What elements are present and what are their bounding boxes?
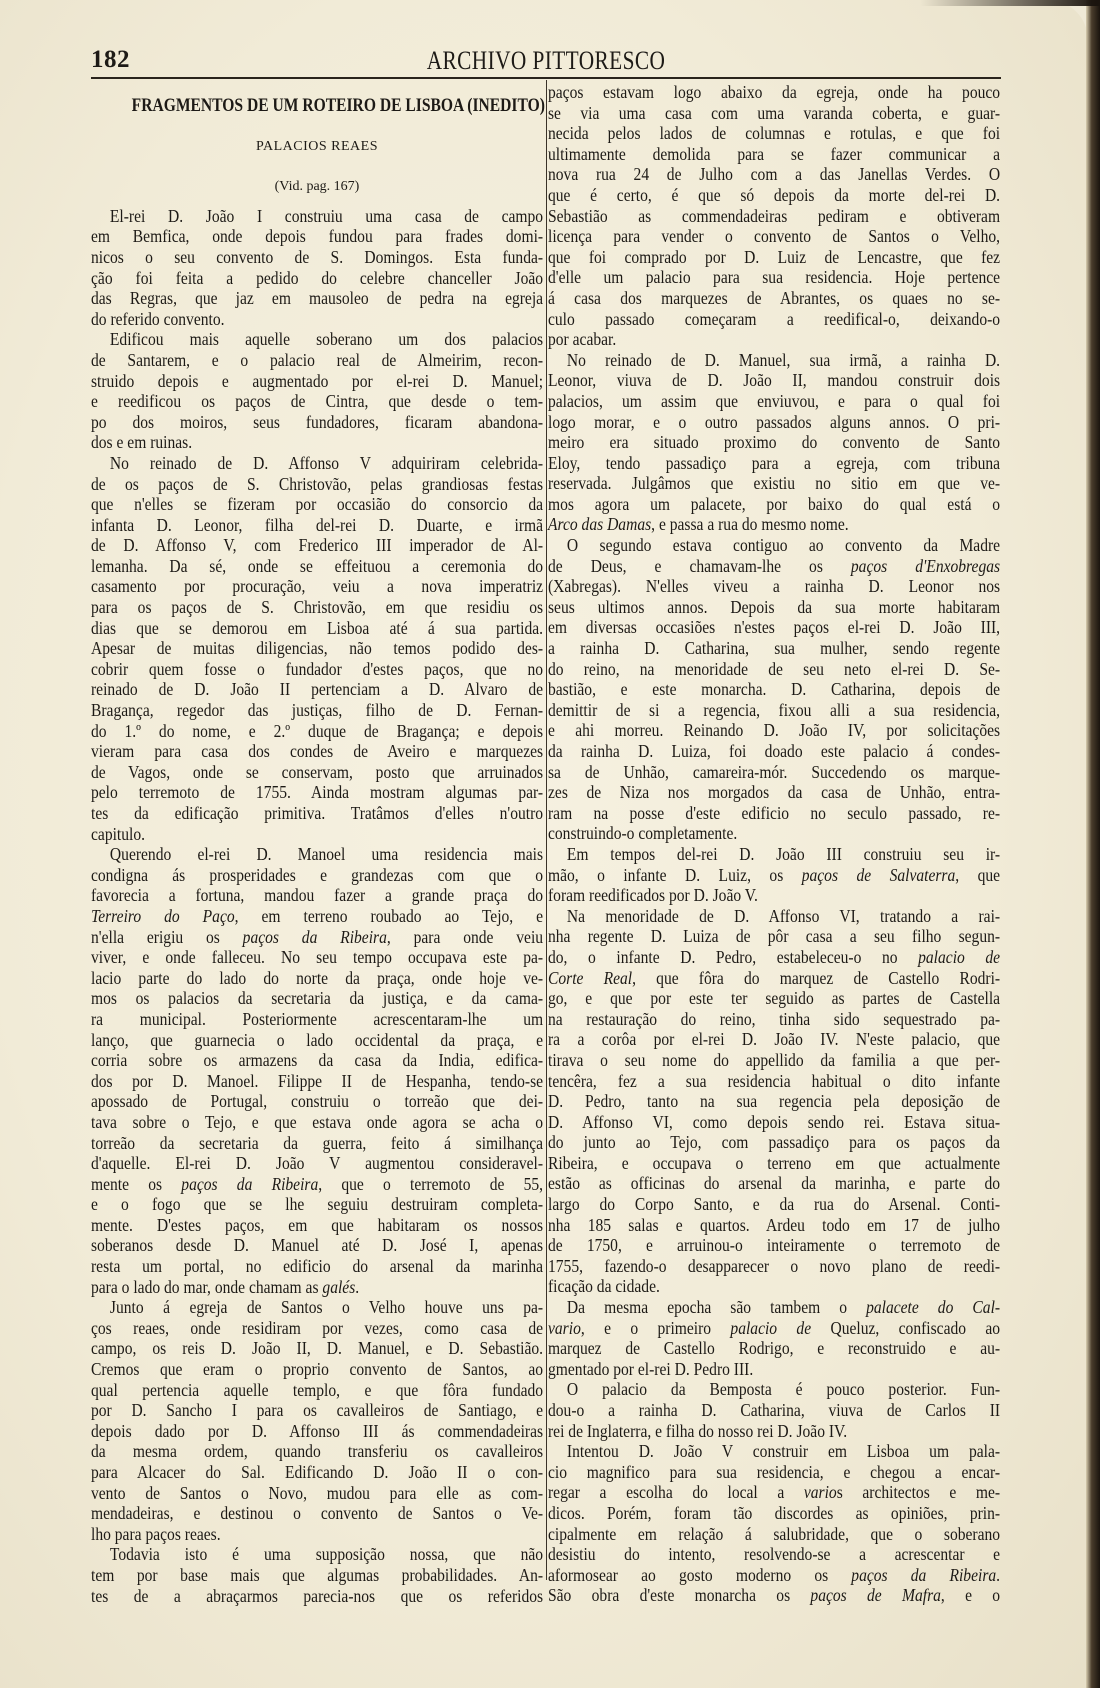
text-line: O palacio da Bemposta é pouco posterior.… bbox=[548, 1379, 1000, 1400]
text-line: São obra d'este monarcha os paços de Maf… bbox=[548, 1585, 1000, 1606]
header-rule bbox=[91, 77, 1001, 79]
text-line: nha 185 salas e quartos. Ardeu todo em 1… bbox=[548, 1215, 1000, 1236]
text-line: nha regente D. Luiza de pôr casa a seu f… bbox=[548, 926, 1000, 947]
text-line: do junto ao Tejo, com passadiço para os … bbox=[548, 1132, 1000, 1153]
text-line: na restauração do reino, tinha sido sequ… bbox=[548, 1009, 1000, 1030]
text-line: mendadeiras, e destinou o convento de Sa… bbox=[91, 1503, 543, 1524]
text-line: struido depois e augmentado por el-rei D… bbox=[91, 371, 543, 392]
paragraph: Intentou D. João V construir em Lisboa u… bbox=[548, 1441, 1000, 1606]
text-line: licença para vender o convento de Santos… bbox=[548, 226, 1000, 247]
text-line: paços estavam logo abaixo da egreja, ond… bbox=[548, 82, 1000, 103]
text-line: tes da edificação primitiva. Tratâmos d'… bbox=[91, 803, 543, 824]
text-line: ficação da cidade. bbox=[548, 1276, 1000, 1297]
text-line: nicos o seu convento de S. Domingos. Est… bbox=[91, 247, 543, 268]
text-line: cipalmente em relação á salubridade, que… bbox=[548, 1524, 1000, 1545]
paragraph: No reinado de D. Manuel, sua irmã, a rai… bbox=[548, 350, 1000, 535]
text-line: á casa dos marquezes de Abrantes, os qua… bbox=[548, 288, 1000, 309]
paragraph: O palacio da Bemposta é pouco posterior.… bbox=[548, 1379, 1000, 1441]
text-line: Arco das Damas, e passa a rua do mesmo n… bbox=[548, 514, 1000, 535]
text-line: do, o infante D. Pedro, estabeleceu-o no… bbox=[548, 947, 1000, 968]
text-line: a rainha D. Catharina, sua mulher, sendo… bbox=[548, 638, 1000, 659]
text-line: No reinado de D. Affonso V adquiriram ce… bbox=[91, 453, 543, 474]
text-line: que foi comprado por D. Luiz de Lencastr… bbox=[548, 247, 1000, 268]
text-line: Junto á egreja de Santos o Velho houve u… bbox=[91, 1297, 543, 1318]
text-line: estão as officinas do arsenal da marinha… bbox=[548, 1173, 1000, 1194]
text-line: desistiu do intento, resolvendo-se a acr… bbox=[548, 1544, 1000, 1565]
paragraph: El-rei D. João I construiu uma casa de c… bbox=[91, 206, 543, 330]
paragraph: Em tempos del-rei D. João III construiu … bbox=[548, 844, 1000, 906]
page-corner-shadow bbox=[920, 0, 1100, 6]
text-line: gmentado por el-rei D. Pedro III. bbox=[548, 1359, 1000, 1380]
text-line: largo do Corpo Santo, e da rua do Arsena… bbox=[548, 1194, 1000, 1215]
text-line: qual pertencia aquelle templo, e que fôr… bbox=[91, 1380, 543, 1401]
text-line: dias que se demorou em Lisboa até á sua … bbox=[91, 618, 543, 639]
text-line: tencêra, fez a sua residencia habitual o… bbox=[548, 1071, 1000, 1092]
text-line: El-rei D. João I construiu uma casa de c… bbox=[91, 206, 543, 227]
text-line: Em tempos del-rei D. João III construiu … bbox=[548, 844, 1000, 865]
text-line: po dos moiros, seus fundadores, ficaram … bbox=[91, 412, 543, 433]
text-line: dou-o a rainha D. Catharina, viuva de Ca… bbox=[548, 1400, 1000, 1421]
paragraph: Edificou mais aquelle soberano um dos pa… bbox=[91, 329, 543, 453]
text-line: do referido convento. bbox=[91, 309, 543, 330]
text-line: meiro era situado proximo do convento de… bbox=[548, 432, 1000, 453]
text-line: ção foi feita a pedido do celebre chance… bbox=[91, 268, 543, 289]
column-divider bbox=[546, 80, 547, 1580]
text-line: que n'elles se fizeram por occasião do c… bbox=[91, 494, 543, 515]
text-line: lanço, que guarnecia o lado occidental d… bbox=[91, 1030, 543, 1051]
text-line: regar a escolha do local a varios archit… bbox=[548, 1482, 1000, 1503]
paragraph: Todavia isto é uma supposição nossa, que… bbox=[91, 1544, 543, 1606]
text-line: (Xabregas). N'elles viveu a rainha D. Le… bbox=[548, 576, 1000, 597]
text-line: infanta D. Leonor, filha del-rei D. Duar… bbox=[91, 515, 543, 536]
text-line: mos agora um palacete, por baixo do qual… bbox=[548, 494, 1000, 515]
text-line: go, e que por este ter seguido as partes… bbox=[548, 988, 1000, 1009]
text-line: de Deus, e chamavam-lhe os paços d'Enxob… bbox=[548, 556, 1000, 577]
text-line: corria sobre os armazens da casa da Indi… bbox=[91, 1050, 543, 1071]
text-line: sa de Unhão, camareira-mór. Succedendo o… bbox=[548, 762, 1000, 783]
text-line: de Vagos, onde se conservam, posto que a… bbox=[91, 762, 543, 783]
text-line: bastião, e este monarcha. D. Catharina, … bbox=[548, 679, 1000, 700]
text-line: vario, e o primeiro palacio de Queluz, c… bbox=[548, 1318, 1000, 1339]
text-line: O segundo estava contiguo ao convento da… bbox=[548, 535, 1000, 556]
text-line: Leonor, viuva de D. João II, mandou cons… bbox=[548, 370, 1000, 391]
text-line: zes de Niza nos morgados da casa de Unhã… bbox=[548, 782, 1000, 803]
text-line: e reedificou os paços de Cintra, que des… bbox=[91, 391, 543, 412]
text-line: Cremos que eram o proprio convento de Sa… bbox=[91, 1359, 543, 1380]
text-line: No reinado de D. Manuel, sua irmã, a rai… bbox=[548, 350, 1000, 371]
text-line: campo, os reis D. João II, D. Manuel, e … bbox=[91, 1338, 543, 1359]
text-line: nova rua 24 de Julho com a das Janellas … bbox=[548, 164, 1000, 185]
text-line: e ahi morreu. Reinando D. João IV, por s… bbox=[548, 720, 1000, 741]
text-line: por acabar. bbox=[548, 329, 1000, 350]
text-line: tirava o seu nome do appellido da famili… bbox=[548, 1050, 1000, 1071]
text-line: ços reaes, onde residiram por vezes, com… bbox=[91, 1318, 543, 1339]
text-line: pelo terremoto de 1755. Ainda mostram al… bbox=[91, 782, 543, 803]
text-line: da rainha D. Luiza, foi doado este palac… bbox=[548, 741, 1000, 762]
text-line: ra a corôa por el-rei D. João IV. N'este… bbox=[548, 1029, 1000, 1050]
paragraph: paços estavam logo abaixo da egreja, ond… bbox=[548, 82, 1000, 350]
text-line: apossado de Portugal, construiu o torreã… bbox=[91, 1091, 543, 1112]
paragraph: O segundo estava contiguo ao convento da… bbox=[548, 535, 1000, 844]
text-line: das Regras, que jaz em mausoleo de pedra… bbox=[91, 288, 543, 309]
text-line: soberanos desde D. Manuel até D. José I,… bbox=[91, 1235, 543, 1256]
text-line: condigna ás prosperidades e grandezas co… bbox=[91, 865, 543, 886]
text-line: ram na posse d'este edificio no seculo p… bbox=[548, 803, 1000, 824]
text-line: do 1.º do nome, e 2.º duque de Bragança;… bbox=[91, 721, 543, 742]
text-line: d'aquelle. El-rei D. João V augmentou co… bbox=[91, 1153, 543, 1174]
text-line: cio magnifico para sua residencia, e che… bbox=[548, 1462, 1000, 1483]
text-line: dos e em ruinas. bbox=[91, 432, 543, 453]
text-line: palacios, um assim que enviuvou, e para … bbox=[548, 391, 1000, 412]
text-line: que é certo, é que só depois da morte de… bbox=[548, 185, 1000, 206]
text-line: construindo-o completamente. bbox=[548, 823, 1000, 844]
left-column: FRAGMENTOS DE UM ROTEIRO DE LISBOA (INED… bbox=[91, 82, 543, 1606]
text-line: Terreiro do Paço, em terreno roubado ao … bbox=[91, 906, 543, 927]
text-line: lemanha. Da sé, onde se effeituou a cere… bbox=[91, 556, 543, 577]
text-line: e o fogo que se lhe seguiu destruiram co… bbox=[91, 1194, 543, 1215]
text-line: da mesma ordem, quando transferiu os cav… bbox=[91, 1441, 543, 1462]
text-line: Eloy, tendo passadiço para a egreja, com… bbox=[548, 453, 1000, 474]
text-line: Bragança, regedor das justiças, filho de… bbox=[91, 700, 543, 721]
text-line: lacio parte do lado do norte da praça, o… bbox=[91, 968, 543, 989]
text-line: mente. D'estes paços, em que habitaram o… bbox=[91, 1215, 543, 1236]
page-reference: (Vid. pag. 167) bbox=[91, 177, 543, 198]
text-line: cobrir quem fosse o fundador d'estes paç… bbox=[91, 659, 543, 680]
text-line: em diversas occasiões n'estes paços el-r… bbox=[548, 617, 1000, 638]
text-line: por D. Sancho I para os cavalleiros de S… bbox=[91, 1400, 543, 1421]
text-line: D. Affonso VI, como depois sendo rei. Es… bbox=[548, 1112, 1000, 1133]
text-line: mão, o infante D. Luiz, os paços de Salv… bbox=[548, 865, 1000, 886]
text-line: D. Pedro, tanto na sua regencia pela dep… bbox=[548, 1091, 1000, 1112]
page-edge-shadow bbox=[1086, 0, 1100, 1688]
paragraph: Na menoridade de D. Affonso VI, tratando… bbox=[548, 906, 1000, 1297]
text-line: reservada. Julgâmos que existiu no sitio… bbox=[548, 473, 1000, 494]
article-title: FRAGMENTOS DE UM ROTEIRO DE LISBOA (INED… bbox=[132, 96, 503, 117]
paragraph: Da mesma epocha são tambem o palacete do… bbox=[548, 1297, 1000, 1379]
text-line: logo morar, e o outro passados alguns an… bbox=[548, 412, 1000, 433]
text-line: torreão da secretaria da guerra, feito á… bbox=[91, 1133, 543, 1154]
text-line: Corte Real, que fôra do marquez de Caste… bbox=[548, 968, 1000, 989]
text-line: Ribeira, e occupava o terreno em que act… bbox=[548, 1153, 1000, 1174]
page-number: 182 bbox=[91, 46, 130, 74]
text-line: d'elle um palacio para sua residencia. H… bbox=[548, 267, 1000, 288]
text-line: seus ultimos annos. Depois da sua morte … bbox=[548, 597, 1000, 618]
text-line: resta um portal, no edificio do arsenal … bbox=[91, 1256, 543, 1277]
text-line: aformosear ao gosto moderno os paços da … bbox=[548, 1565, 1000, 1586]
text-line: para os paços de S. Christovão, em que r… bbox=[91, 597, 543, 618]
text-line: Intentou D. João V construir em Lisboa u… bbox=[548, 1441, 1000, 1462]
text-line: mente os paços da Ribeira, que o terremo… bbox=[91, 1174, 543, 1195]
text-line: de os paços de S. Christovão, pelas gran… bbox=[91, 474, 543, 495]
text-line: vieram para casa dos condes de Aveiro e … bbox=[91, 741, 543, 762]
paragraph: Junto á egreja de Santos o Velho houve u… bbox=[91, 1297, 543, 1544]
page-header: 182 ARCHIVO PITTORESCO bbox=[91, 46, 1001, 78]
scanned-page: 182 ARCHIVO PITTORESCO FRAGMENTOS DE UM … bbox=[0, 0, 1088, 1688]
text-line: de 1750, e arruinou-o inteiramente o ter… bbox=[548, 1235, 1000, 1256]
text-line: tem por base mais que algumas probabilid… bbox=[91, 1565, 543, 1586]
text-line: demittir de si a regencia, fixou alli a … bbox=[548, 700, 1000, 721]
text-line: favorecia a fortuna, mandou fazer a gran… bbox=[91, 885, 543, 906]
text-line: ultimamente demolida para se fazer commu… bbox=[548, 144, 1000, 165]
text-line: Querendo el-rei D. Manoel uma residencia… bbox=[91, 844, 543, 865]
text-line: depois dado por D. Affonso III ás commen… bbox=[91, 1421, 543, 1442]
right-column: paços estavam logo abaixo da egreja, ond… bbox=[548, 82, 1000, 1606]
text-line: se via uma casa com uma varanda coberta,… bbox=[548, 103, 1000, 124]
text-line: para o lado do mar, onde chamam as galés… bbox=[91, 1277, 543, 1298]
text-line: do reino, na menoridade de seu neto el-r… bbox=[548, 659, 1000, 680]
text-line: Na menoridade de D. Affonso VI, tratando… bbox=[548, 906, 1000, 927]
text-line: Todavia isto é uma supposição nossa, que… bbox=[91, 1544, 543, 1565]
text-line: em Bemfica, onde depois fundou para frad… bbox=[91, 226, 543, 247]
text-line: rei de Inglaterra, e filha do nosso rei … bbox=[548, 1421, 1000, 1442]
text-line: foram reedificados por D. João V. bbox=[548, 885, 1000, 906]
text-line: reinado de D. João II pertenciam a D. Al… bbox=[91, 679, 543, 700]
text-line: lho para paços reaes. bbox=[91, 1524, 543, 1545]
text-line: n'ella erigiu os paços da Ribeira, para … bbox=[91, 927, 543, 948]
text-line: de Santarem, e o palacio real de Almeiri… bbox=[91, 350, 543, 371]
text-line: culo passado começaram a reedifical-o, d… bbox=[548, 309, 1000, 330]
text-line: vento de Santos o Novo, mudou para elle … bbox=[91, 1483, 543, 1504]
text-line: viver, e onde falleceu. No seu tempo occ… bbox=[91, 947, 543, 968]
text-line: mos os palacios da secretaria da justiça… bbox=[91, 988, 543, 1009]
text-line: Da mesma epocha são tambem o palacete do… bbox=[548, 1297, 1000, 1318]
text-line: necida pelos lados de columnas e rotulas… bbox=[548, 123, 1000, 144]
text-line: marquez de Castello Rodrigo, e reconstru… bbox=[548, 1338, 1000, 1359]
text-line: capitulo. bbox=[91, 824, 543, 845]
text-line: Edificou mais aquelle soberano um dos pa… bbox=[91, 329, 543, 350]
text-line: Apesar de muitas diligencias, não temos … bbox=[91, 638, 543, 659]
text-line: dos por D. Manoel. Filippe II de Hespanh… bbox=[91, 1071, 543, 1092]
text-line: para Alcacer do Sal. Edificando D. João … bbox=[91, 1462, 543, 1483]
text-line: ra municipal. Posteriormente acrescentar… bbox=[91, 1009, 543, 1030]
running-title: ARCHIVO PITTORESCO bbox=[173, 46, 919, 76]
text-line: tava sobre o Tejo, e que estava onde ago… bbox=[91, 1112, 543, 1133]
paragraph: Querendo el-rei D. Manoel uma residencia… bbox=[91, 844, 543, 1297]
text-line: dicos. Porém, foram tão discordes as opi… bbox=[548, 1503, 1000, 1524]
text-line: de D. Affonso V, com Frederico III imper… bbox=[91, 535, 543, 556]
text-line: 1755, fazendo-o desapparecer o novo plan… bbox=[548, 1256, 1000, 1277]
section-title: PALACIOS REAES bbox=[91, 137, 543, 158]
text-line: Sebastião as commendadeiras pediram e ob… bbox=[548, 206, 1000, 227]
text-line: tes de a abraçarmos parecia-nos que os r… bbox=[91, 1586, 543, 1607]
text-line: casamento por procuração, veiu a nova im… bbox=[91, 576, 543, 597]
paragraph: No reinado de D. Affonso V adquiriram ce… bbox=[91, 453, 543, 844]
